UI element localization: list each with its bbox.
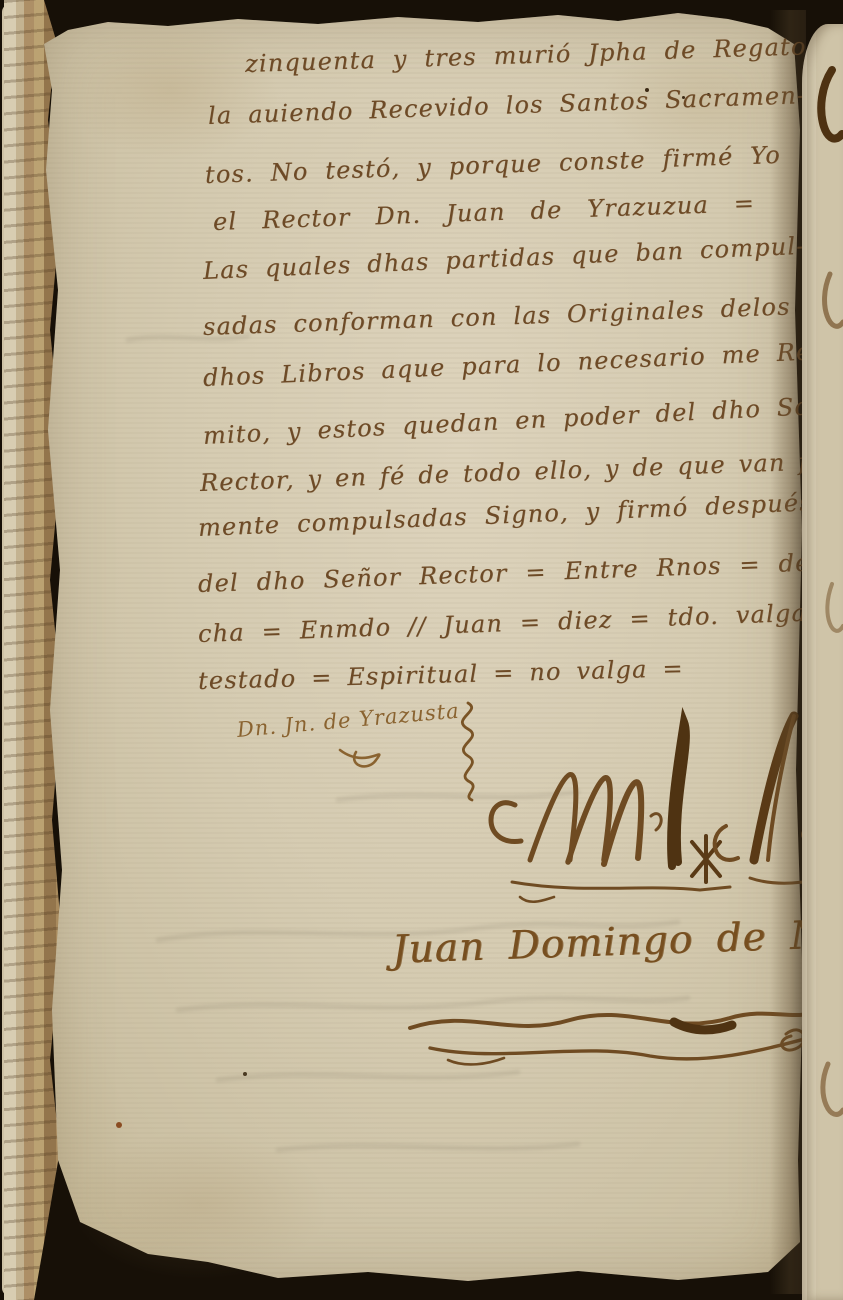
- rust-speck: [116, 1122, 122, 1128]
- signature-rubric-loop: [330, 742, 410, 788]
- ink-stroke: [651, 814, 661, 830]
- ink-stroke: [825, 274, 843, 326]
- ink-stroke: [530, 774, 576, 860]
- ghost-line: [278, 1144, 578, 1150]
- ink-stroke: [340, 750, 379, 766]
- facing-page-ink-marks: [802, 24, 843, 1300]
- ghost-line: [218, 1072, 518, 1080]
- ink-stroke: [520, 897, 554, 902]
- ink-stroke: [491, 803, 521, 842]
- ink-stroke: [430, 1036, 816, 1059]
- archival-photo: zinquenta y tres murió Jpha de Regato- l…: [0, 0, 843, 1300]
- ink-stroke: [512, 882, 730, 890]
- ink-stroke: [827, 584, 843, 631]
- gutter-shadow: [770, 10, 806, 1294]
- ink-stroke: [671, 722, 686, 866]
- bottom-signature-flourish: [388, 978, 834, 1073]
- ink-stroke: [823, 1064, 843, 1114]
- ink-stroke: [410, 1008, 820, 1028]
- ink-stroke: [821, 70, 842, 139]
- ink-speck: [243, 1072, 247, 1076]
- ink-stroke: [448, 1058, 504, 1064]
